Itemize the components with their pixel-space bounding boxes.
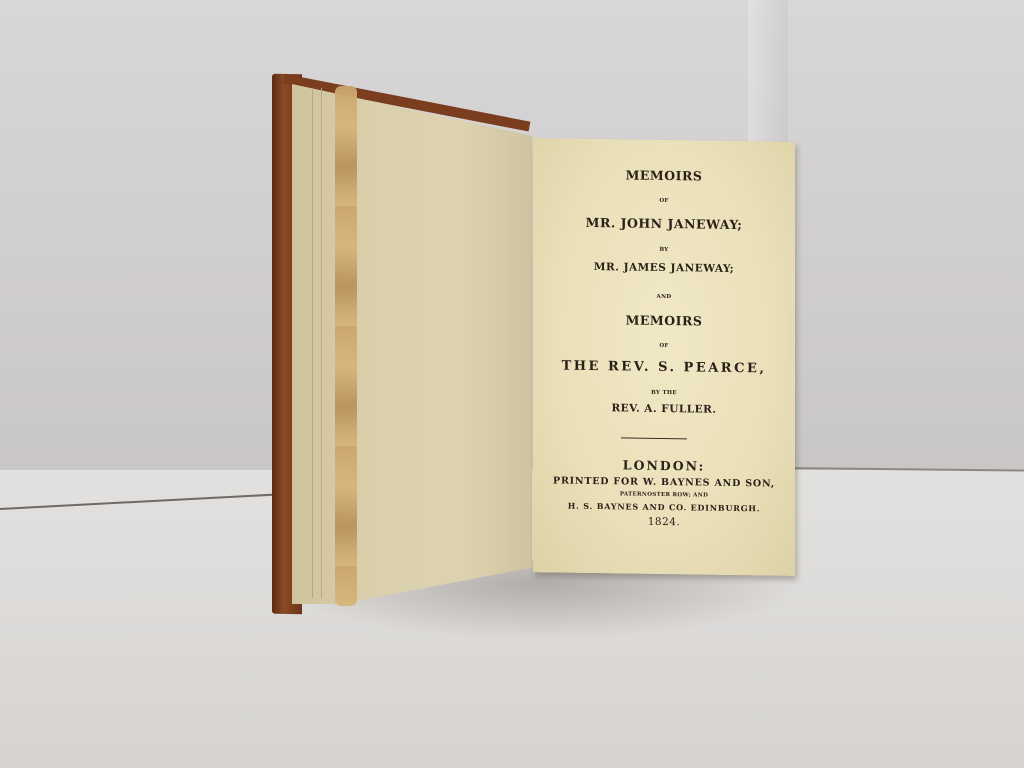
- title-divider-rule: [621, 437, 687, 439]
- title-rev-fuller: REV. A. FULLER.: [533, 401, 795, 417]
- endpaper-hinge: [312, 88, 322, 598]
- title-memoirs-1: MEMOIRS: [533, 166, 795, 185]
- endpaper-flyleaf: [292, 84, 532, 604]
- title-page: MEMOIRS OF MR. JOHN JANEWAY; BY MR. JAME…: [533, 138, 795, 576]
- title-by-the: BY THE: [533, 388, 795, 398]
- title-john-janeway: MR. JOHN JANEWAY;: [533, 214, 795, 233]
- imprint-year: 1824.: [533, 514, 795, 530]
- title-and: AND: [533, 292, 795, 302]
- title-of-1: OF: [533, 196, 795, 206]
- imprint-city: LONDON:: [533, 456, 795, 475]
- title-of-2: OF: [533, 341, 795, 351]
- title-memoirs-2: MEMOIRS: [533, 311, 795, 330]
- imprint-printer: PRINTED FOR W. BAYNES AND SON,: [533, 475, 795, 490]
- title-rev-pearce: THE REV. S. PEARCE,: [533, 358, 795, 377]
- ribbon-bookmark: [335, 86, 357, 606]
- imprint-address: PATERNOSTER ROW; AND: [533, 490, 795, 500]
- imprint-printer2: H. S. BAYNES AND CO. EDINBURGH.: [533, 500, 795, 514]
- title-james-janeway: MR. JAMES JANEWAY;: [533, 260, 795, 276]
- title-by-1: BY: [533, 245, 795, 255]
